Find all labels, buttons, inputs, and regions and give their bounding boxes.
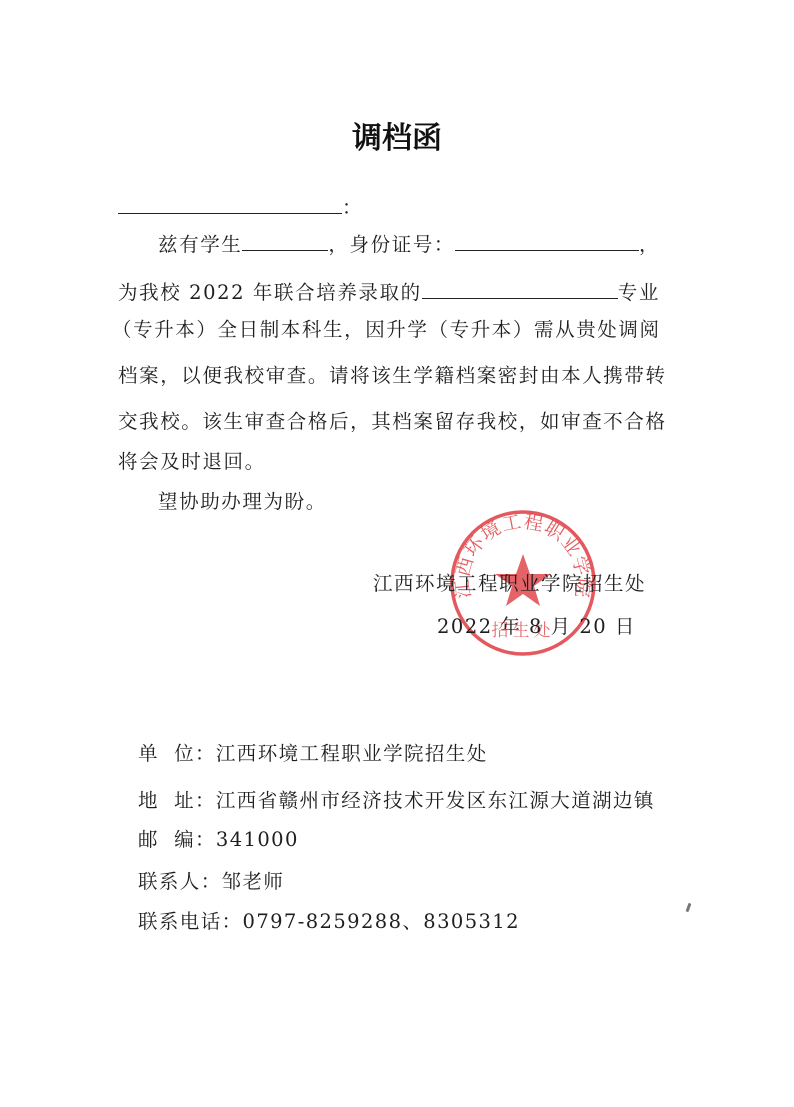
contact-postcode: 邮 编：341000 (138, 824, 299, 852)
recipient-colon: ： (342, 196, 363, 219)
contact-person: 联系人：邹老师 (138, 866, 284, 894)
contact-value: 江西省赣州市经济技术开发区东江源大道湖边镇 (216, 789, 655, 812)
recipient-blank[interactable] (118, 195, 342, 214)
contact-unit: 单 位：江西环境工程职业学院招生处 (138, 738, 488, 766)
body-line: 交我校。该生审查合格后，其档案留存我校，如审查不合格 (118, 410, 667, 434)
contact-value: 0797-8259288、8305312 (243, 910, 520, 933)
student-label: 兹有学生 (158, 233, 242, 256)
major-prefix: 为我校 2022 年联合培养录取的 (118, 281, 422, 304)
closing-text: 望协助办理为盼。 (158, 490, 327, 514)
contact-label: 单 位： (138, 742, 216, 765)
signature-date: 2022 年 8 月 20 日 (437, 611, 636, 639)
contact-address: 地 址：江西省赣州市经济技术开发区东江源大道湖边镇 (138, 785, 655, 813)
body-line: 将会及时退回。 (118, 450, 266, 474)
id-label: 身份证号： (350, 233, 456, 256)
student-name-blank[interactable] (242, 232, 328, 251)
contact-value: 江西环境工程职业学院招生处 (216, 742, 488, 765)
recipient-line: ： (118, 195, 363, 220)
contact-value: 邹老师 (222, 870, 285, 893)
body-line: 档案，以便我校审查。请将该生学籍档案密封由本人携带转 (118, 364, 667, 388)
signature-org: 江西环境工程职业学院招生处 (373, 568, 646, 596)
contact-label: 联系电话： (138, 910, 243, 933)
body-line: （专升本）全日制本科生，因升学（专升本）需从贵处调阅 (112, 318, 661, 342)
contact-phone: 联系电话：0797-8259288、8305312 (138, 906, 520, 934)
student-line: 兹有学生，身份证号：， (158, 232, 660, 257)
contact-label: 邮 编： (138, 828, 216, 851)
scan-artifact (686, 903, 692, 912)
major-line: 为我校 2022 年联合培养录取的专业 (118, 280, 660, 305)
document-page: 调档函 ： 兹有学生，身份证号：， 为我校 2022 年联合培养录取的专业 （专… (0, 0, 794, 1107)
contact-label: 联系人： (138, 870, 222, 893)
major-suffix: 专业 (618, 281, 660, 304)
comma: ， (639, 233, 660, 256)
major-blank[interactable] (422, 280, 618, 299)
id-number-blank[interactable] (455, 232, 639, 251)
page-title: 调档函 (0, 113, 794, 157)
title-char: 函 (412, 121, 468, 156)
contact-value: 341000 (216, 828, 299, 851)
contact-label: 地 址： (138, 789, 216, 812)
comma: ， (328, 233, 349, 256)
